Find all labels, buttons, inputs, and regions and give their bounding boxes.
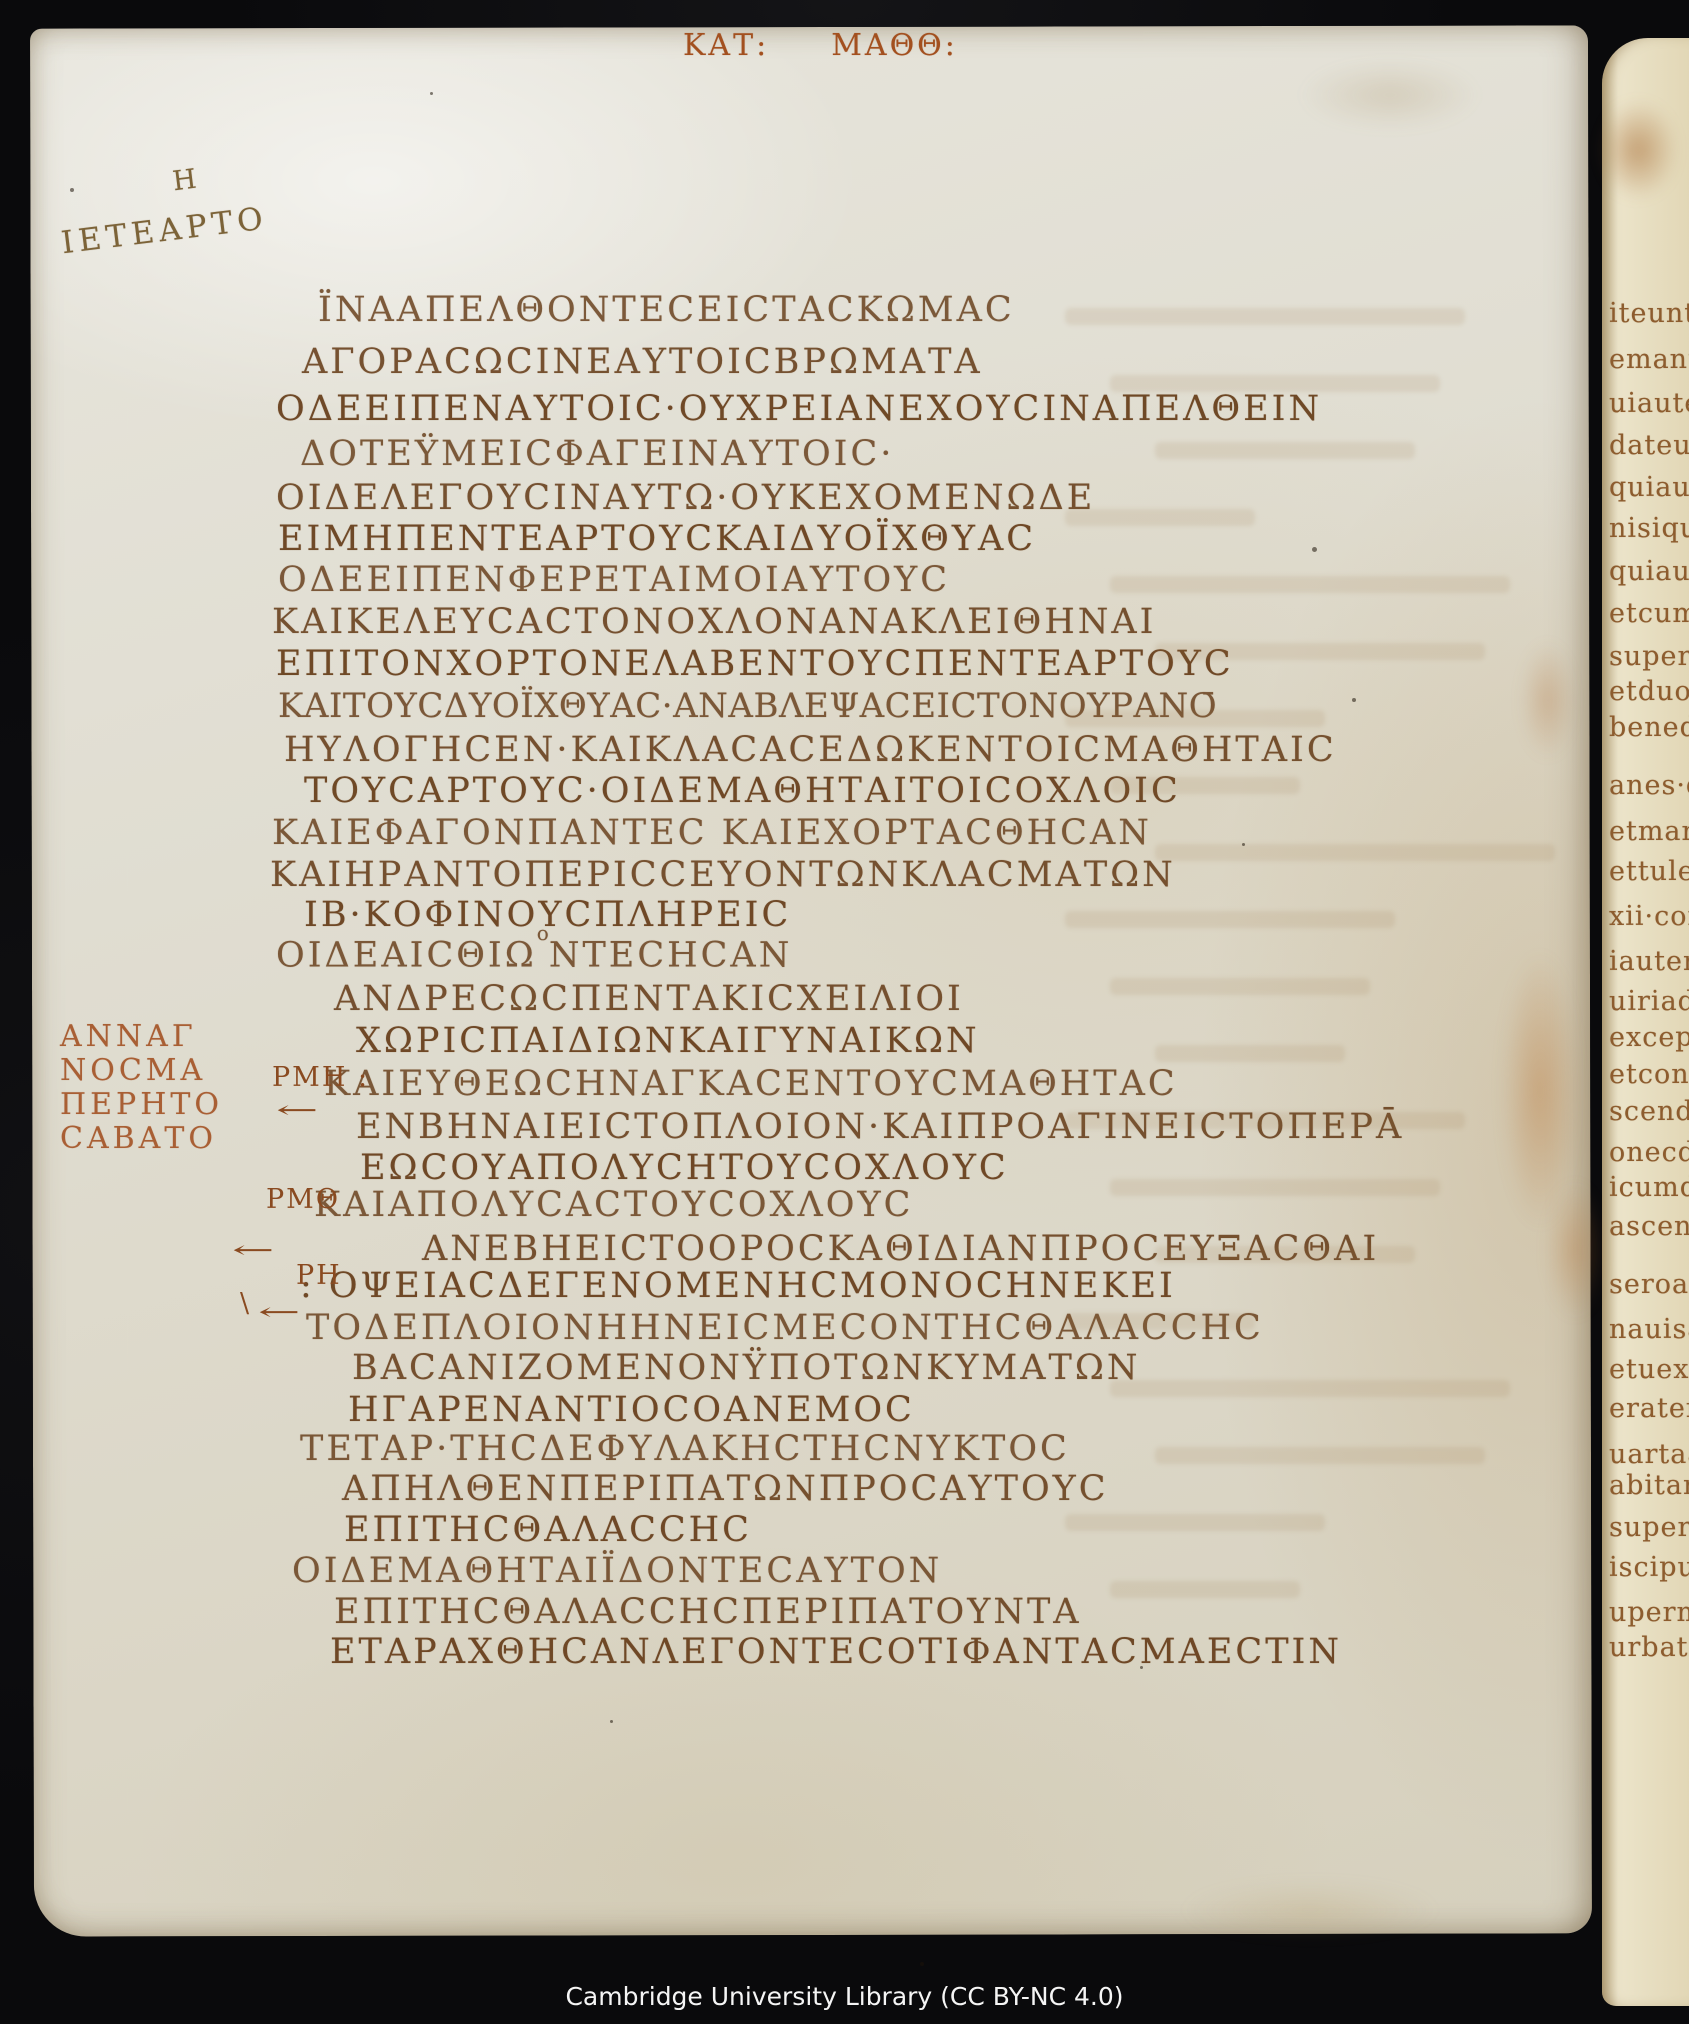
- latin-text-fragment: nisiquinq: [1609, 513, 1689, 544]
- greek-text-line: ΤΕΤΑΡ·ΤΗCΔΕΦΥΛΑΚΗCΤΗCΝΥΚΤΟC: [300, 1429, 1070, 1469]
- greek-text-line: ΟΙΔΕΛΕΓΟΥCΙΝΑΥΤΩ·ΟΥΚΕΧΟΜΕΝΩΔΕ: [276, 478, 1095, 518]
- running-title: ΚΑΤ:ΜΑΘΘ:: [683, 28, 958, 63]
- lection-note-line: ΝΟCΜΑ: [60, 1054, 223, 1088]
- lection-note-line: CΑΒΑΤΟ: [60, 1122, 223, 1156]
- ink-speck: [920, 1962, 924, 1966]
- section-number: ΡΜΘ: [266, 1184, 340, 1215]
- latin-text-fragment: exceptisi: [1609, 1022, 1689, 1053]
- latin-text-fragment: etcumius: [1609, 598, 1689, 629]
- latin-text-fragment: emantsi: [1609, 344, 1689, 375]
- greek-text-line: ΑΓΟΡΑCΩCΙΝΕΑΥΤΟΙCΒΡΩΜΑΤΑ: [302, 342, 983, 382]
- lection-margin-note: ΑΝΝΑΓΝΟCΜΑΠΕΡΗΤΟCΑΒΑΤΟ: [60, 1020, 223, 1156]
- latin-text-fragment: uperma: [1609, 1597, 1689, 1628]
- section-number: \: [240, 1288, 251, 1319]
- paragraph-arrow-mark: ←: [276, 1096, 322, 1124]
- greek-text-line: ΟΙΔΕΜΑΘΗΤΑΙΪΔΟΝΤΕCΑΥΤΟΝ: [292, 1551, 942, 1591]
- latin-text-fragment: anes·disc: [1609, 770, 1689, 801]
- greek-text-line: ΟΔΕΕΙΠΕΝΑΥΤΟΙC·ΟΥΧΡΕΙΑΝΕΧΟΥCΙΝΑΠΕΛΘΕΙΝ: [276, 389, 1322, 429]
- greek-text-line: ΚΑΙΕΥΘΕΩCΗΝΑΓΚΑCΕΝΤΟΥCΜΑΘΗΤΑC: [324, 1064, 1178, 1104]
- greek-text-line: ΚΑΙΕΦΑΓΟΝΠΑΝΤΕC ΚΑΙΕΧΟΡΤΑCΘΗCΑΝ: [272, 813, 1152, 853]
- greek-text-line: ΚΑΙΤΟΥCΔΥΟΪΧΘΥΑC·ΑΝΑΒΛΕΨΑCΕΙCΤΟΝΟΥΡΑΝΟ̄: [278, 686, 1217, 726]
- latin-text-fragment: etduospis: [1609, 676, 1689, 707]
- greek-text-line: ΗΓΑΡΕΝΑΝΤΙΟCΟΑΝΕΜΟC: [348, 1390, 915, 1430]
- greek-text-line: ΑΝΕΒΗΕΙCΤΟΟΡΟCΚΑΘΙΔΙΑΝΠΡΟCΕΥΞΑCΘΑΙ: [422, 1229, 1379, 1269]
- latin-text-fragment: etuexaba: [1609, 1354, 1689, 1385]
- latin-text-fragment: uartaaut: [1609, 1439, 1689, 1470]
- latin-text-fragment: uiautem: [1609, 388, 1689, 419]
- greek-text-line: ΕΠΙΤΗCΘΑΛΑCCΗCΠΕΡΙΠΑΤΟΥΝΤΑ: [334, 1592, 1082, 1632]
- latin-text-fragment: urbatis: [1609, 1632, 1689, 1663]
- latin-text-fragment: quiautem: [1609, 556, 1689, 587]
- latin-text-fragment: superfaen: [1609, 641, 1689, 672]
- greek-text-line: ΕΩCΟΥΑΠΟΛΥCΗΤΟΥCΟΧΛΟΥC: [360, 1148, 1009, 1188]
- latin-text-fragment: icumdim: [1609, 1172, 1689, 1203]
- latin-text-fragment: iscipuliau: [1609, 1552, 1689, 1583]
- greek-text-line: ΑΝΔΡΕCΩCΠΕΝΤΑΚΙCΧΕΙΛΙΟΙ: [334, 979, 964, 1019]
- latin-text-fragment: ettuleru: [1609, 856, 1689, 887]
- library-credit-caption: Cambridge University Library (CC BY-NC 4…: [0, 1982, 1689, 2011]
- lection-note-line: ΑΝΝΑΓ: [60, 1020, 223, 1054]
- greek-text-line: ΒΑCΑΝΙΖΟΜΕΝΟΝΫΠΟΤΩΝΚΥΜΑΤΩΝ: [352, 1348, 1141, 1388]
- latin-text-fragment: ascenditi: [1609, 1211, 1689, 1242]
- superscript-correction: ο: [537, 921, 549, 945]
- facing-page-edge: iteuntesemantsiuiautemdateuosquiautemnis…: [1602, 38, 1689, 2006]
- greek-text-line: : ΟΨΕΙΑCΔΕΓΕΝΟΜΕΝΗCΜΟΝΟCΗΝΕΚΕΙ: [300, 1266, 1176, 1306]
- greek-text-line: ΔΟΤΕΫΜΕΙCΦΑΓΕΙΝΑΥΤΟΙC·: [300, 434, 894, 474]
- greek-text-line: ΪΝΑΑΠΕΛΘΟΝΤΕCΕΙCΤΑCΚΩΜΑC: [318, 290, 1015, 330]
- greek-text-line: ΧΩΡΙCΠΑΙΔΙΩΝΚΑΙΓΥΝΑΙΚΩΝ: [356, 1021, 980, 1061]
- latin-text-fragment: seroaute: [1609, 1269, 1689, 1300]
- greek-text-line: ΕΠΙΤΟΝΧΟΡΤΟΝΕΛΑΒΕΝΤΟΥCΠΕΝΤΕΑΡΤΟΥC: [276, 644, 1234, 684]
- latin-text-fragment: etcontin: [1609, 1059, 1689, 1090]
- greek-text-line: ΟΔΕΕΙΠΕΝΦΕΡΕΤΑΙΜΟΙΑΥΤΟΥC: [278, 560, 950, 600]
- greek-text-line: ΚΑΙΚΕΛΕΥCΑCΤΟΝΟΧΛΟΝΑΝΑΚΛΕΙΘΗΝΑΙ: [272, 602, 1157, 642]
- section-number: ΡΜΗ :: [272, 1062, 369, 1093]
- greek-text-line: ΑΠΗΛΘΕΝΠΕΡΙΠΑΤΩΝΠΡΟCΑΥΤΟΥC: [342, 1469, 1109, 1509]
- greek-text-line: ΚΑΙΑΠΟΛΥCΑCΤΟΥCΟΧΛΟΥC: [314, 1185, 913, 1225]
- latin-text-fragment: quiautem: [1609, 472, 1689, 503]
- latin-text-fragment: superma: [1609, 1512, 1689, 1543]
- latin-text-fragment: scender: [1609, 1096, 1689, 1127]
- greek-text-line: ΕΙΜΗΠΕΝΤΕΑΡΤΟΥCΚΑΙΔΥΟΪΧΘΥΑC: [278, 519, 1036, 559]
- latin-text-fragment: iteuntes: [1609, 298, 1689, 329]
- greek-text-line: ΤΟΥCΑΡΤΟΥC·ΟΙΔΕΜΑΘΗΤΑΙΤΟΙCΟΧΛΟΙC: [304, 771, 1181, 811]
- greek-text-line: ΟΙΔΕΑΙCΘΙΩοΝΤΕCΗCΑΝ: [276, 935, 792, 976]
- running-title-right: ΜΑΘΘ:: [831, 28, 958, 63]
- greek-text-line: ΕΤΑΡΑΧΘΗCΑΝΛΕΓΟΝΤΕCΟΤΙΦΑΝΤΑCΜΑΕCΤΙΝ: [330, 1632, 1342, 1672]
- running-title-left: ΚΑΤ:: [683, 28, 769, 63]
- lection-note-line: ΠΕΡΗΤΟ: [60, 1088, 223, 1122]
- greek-text-line: ΕΠΙΤΗCΘΑΛΑCCΗC: [344, 1510, 752, 1550]
- latin-text-fragment: uiriadqui: [1609, 986, 1689, 1017]
- greek-text-line: ΕΝΒΗΝΑΙΕΙCΤΟΠΛΟΙΟΝ·ΚΑΙΠΡΟΑΓΙΝΕΙCΤΟΠΕΡᾹ: [356, 1107, 1404, 1147]
- greek-text-line: ΤΟΔΕΠΛΟΙΟΝΗΗΝΕΙCΜΕCΟΝΤΗCΘΑΛΑCCΗC: [306, 1308, 1264, 1348]
- latin-text-fragment: nauisaut: [1609, 1314, 1689, 1345]
- latin-text-fragment: etmandu: [1609, 816, 1689, 847]
- latin-text-fragment: iautemm: [1609, 946, 1689, 977]
- latin-text-fragment: benedixit: [1609, 712, 1689, 743]
- paragraph-arrow-mark: ←: [232, 1236, 278, 1264]
- latin-text-fragment: onecdim: [1609, 1137, 1689, 1168]
- greek-text-line: ΗΥΛΟΓΗCΕΝ·ΚΑΙΚΛΑCΑCΕΔΩΚΕΝΤΟΙCΜΑΘΗΤΑΙC: [284, 730, 1337, 770]
- latin-text-fragment: eratenim: [1609, 1393, 1689, 1424]
- manuscript-photo: iteuntesemantsiuiautemdateuosquiautemnis…: [0, 0, 1689, 2024]
- latin-text-fragment: abitambu: [1609, 1470, 1689, 1501]
- greek-text-line: ΚΑΙΗΡΑΝΤΟΠΕΡΙCCΕΥΟΝΤΩΝΚΛΑCΜΑΤΩΝ: [270, 855, 1176, 895]
- latin-text-fragment: dateuos: [1609, 430, 1689, 461]
- section-number: ΡΗ: [296, 1260, 342, 1291]
- paragraph-arrow-mark: ←: [258, 1298, 304, 1326]
- latin-text-fragment: xii·cofin: [1609, 901, 1689, 932]
